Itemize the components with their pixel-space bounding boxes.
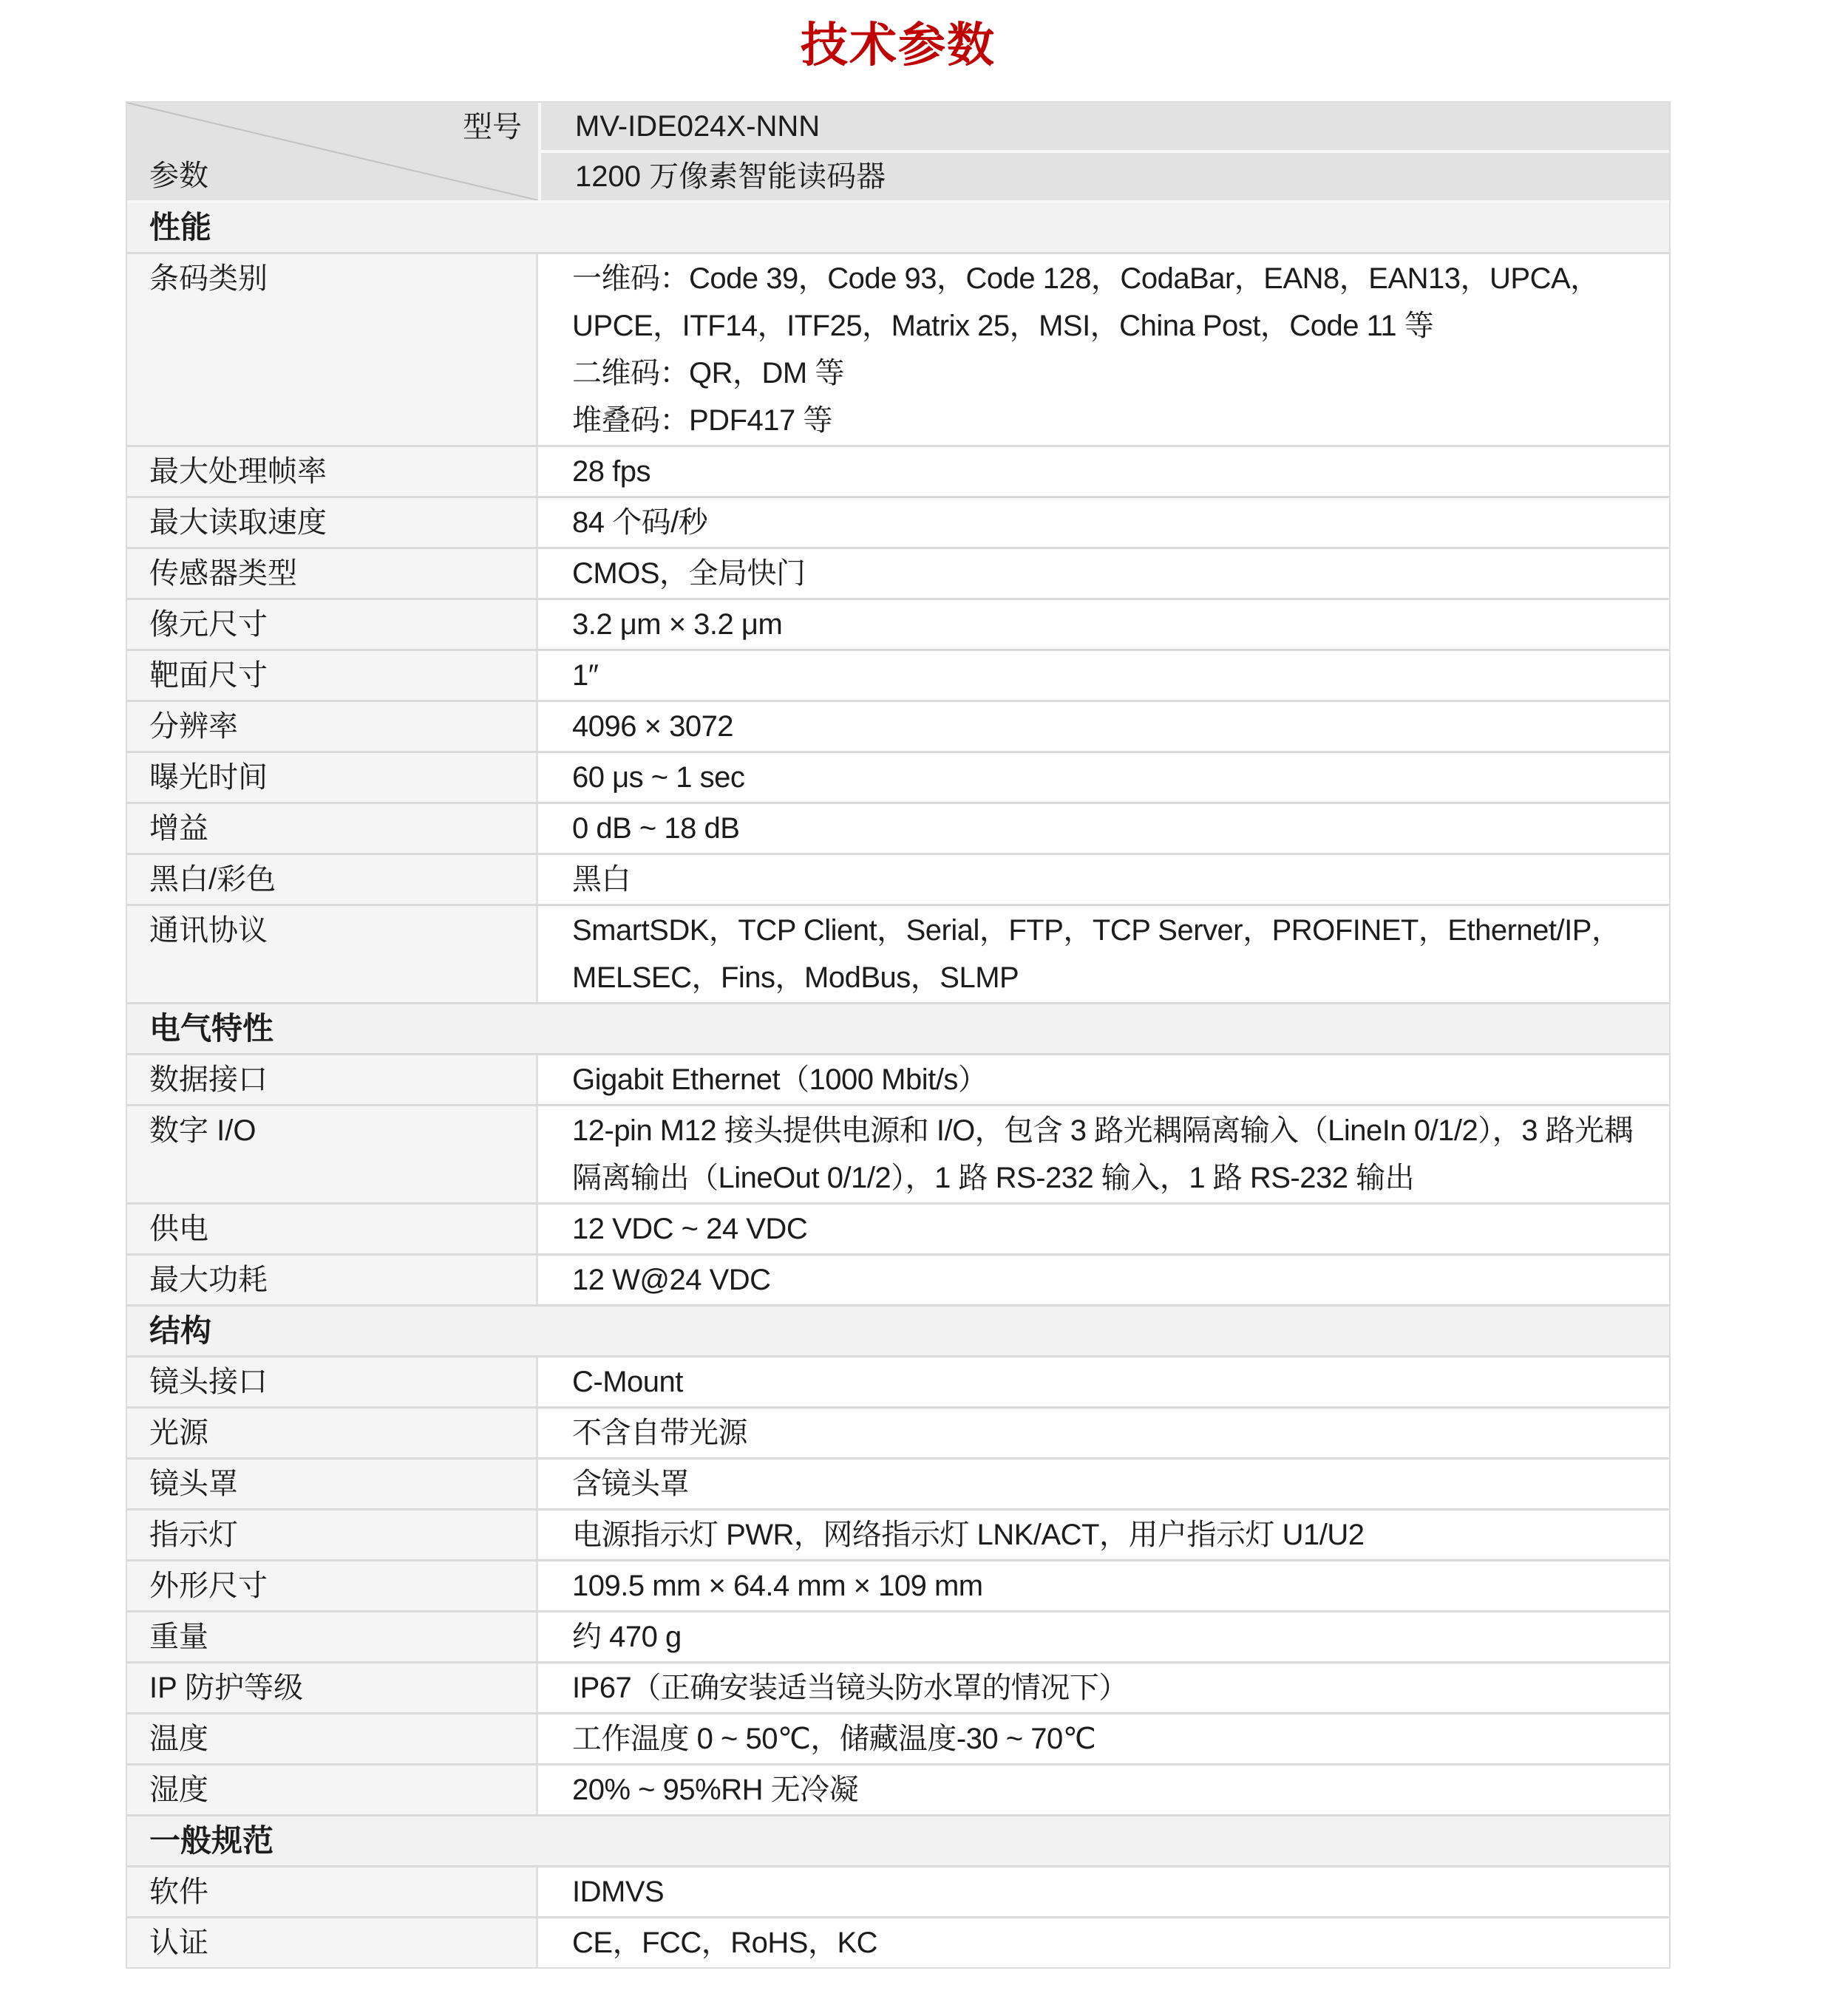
model-description: 1200 万像素智能读码器 — [541, 150, 1669, 200]
model-label: 型号 — [463, 103, 538, 151]
spec-row: 分辨率4096 × 3072 — [127, 702, 1669, 753]
section-row: 结构 — [127, 1307, 1669, 1358]
spec-row: 黑白/彩色黑白 — [127, 855, 1669, 906]
spec-value-cell: 3.2 μm × 3.2 μm — [538, 600, 1669, 649]
spec-label-cell: 供电 — [127, 1205, 538, 1253]
spec-row: 镜头罩含镜头罩 — [127, 1460, 1669, 1511]
spec-row: 传感器类型CMOS，全局快门 — [127, 549, 1669, 600]
spec-value-cell: 84 个码/秒 — [538, 498, 1669, 547]
spec-row: 数据接口Gigabit Ethernet（1000 Mbit/s） — [127, 1055, 1669, 1106]
spec-label-cell: 分辨率 — [127, 702, 538, 751]
spec-label-cell: 像元尺寸 — [127, 600, 538, 649]
spec-label-cell: 靶面尺寸 — [127, 651, 538, 700]
spec-label-cell: 湿度 — [127, 1765, 538, 1814]
spec-value-cell: Gigabit Ethernet（1000 Mbit/s） — [538, 1055, 1669, 1104]
spec-value-cell: 28 fps — [538, 447, 1669, 496]
spec-label-cell: 重量 — [127, 1613, 538, 1661]
spec-label-cell: 数字 I/O — [127, 1106, 538, 1202]
spec-value-cell: 20% ~ 95%RH 无冷凝 — [538, 1765, 1669, 1814]
spec-row: 条码类别一维码：Code 39，Code 93，Code 128，CodaBar… — [127, 254, 1669, 447]
spec-value-line: 二维码：QR，DM 等 — [572, 350, 1644, 397]
spec-row: 软件IDMVS — [127, 1867, 1669, 1918]
spec-value-cell: 60 μs ~ 1 sec — [538, 753, 1669, 802]
spec-label-cell: 条码类别 — [127, 254, 538, 445]
spec-row: IP 防护等级IP67（正确安装适当镜头防水罩的情况下） — [127, 1663, 1669, 1714]
spec-label-cell: 温度 — [127, 1714, 538, 1763]
spec-row: 温度工作温度 0 ~ 50℃，储藏温度-30 ~ 70℃ — [127, 1714, 1669, 1765]
spec-row: 湿度20% ~ 95%RH 无冷凝 — [127, 1765, 1669, 1816]
spec-table: 型号 参数 MV-IDE024X-NNN 1200 万像素智能读码器 性能条码类… — [126, 101, 1671, 1969]
spec-label-cell: 最大读取速度 — [127, 498, 538, 547]
table-rows: 性能条码类别一维码：Code 39，Code 93，Code 128，CodaB… — [127, 203, 1669, 1967]
header-corner-cell: 型号 参数 — [127, 103, 541, 200]
spec-label-cell: 黑白/彩色 — [127, 855, 538, 904]
spec-value-cell: 4096 × 3072 — [538, 702, 1669, 751]
spec-value-cell: 12-pin M12 接头提供电源和 I/O，包含 3 路光耦隔离输入（Line… — [538, 1106, 1669, 1202]
spec-row: 指示灯电源指示灯 PWR，网络指示灯 LNK/ACT，用户指示灯 U1/U2 — [127, 1511, 1669, 1562]
page-content: 技术参数 型号 参数 MV-IDE024X-NNN 1200 万像素智能读码器 … — [126, 18, 1671, 1969]
spec-label-cell: 传感器类型 — [127, 549, 538, 598]
spec-value-cell: 黑白 — [538, 855, 1669, 904]
spec-row: 像元尺寸3.2 μm × 3.2 μm — [127, 600, 1669, 651]
spec-value-cell: 12 W@24 VDC — [538, 1256, 1669, 1304]
spec-row: 增益0 dB ~ 18 dB — [127, 804, 1669, 855]
page-title: 技术参数 — [126, 18, 1671, 72]
spec-label-cell: IP 防护等级 — [127, 1663, 538, 1712]
spec-label-cell: 曝光时间 — [127, 753, 538, 802]
spec-label-cell: 认证 — [127, 1918, 538, 1967]
model-value: MV-IDE024X-NNN — [541, 103, 1669, 150]
spec-value-cell: IP67（正确安装适当镜头防水罩的情况下） — [538, 1663, 1669, 1712]
spec-label-cell: 软件 — [127, 1867, 538, 1916]
spec-row: 通讯协议SmartSDK，TCP Client，Serial，FTP，TCP S… — [127, 906, 1669, 1004]
spec-row: 靶面尺寸1″ — [127, 651, 1669, 702]
section-row: 电气特性 — [127, 1004, 1669, 1055]
spec-label-cell: 镜头接口 — [127, 1358, 538, 1406]
spec-label-cell: 最大处理帧率 — [127, 447, 538, 496]
spec-value-cell: IDMVS — [538, 1867, 1669, 1916]
spec-value-cell: 一维码：Code 39，Code 93，Code 128，CodaBar，EAN… — [538, 254, 1669, 445]
spec-label-cell: 指示灯 — [127, 1511, 538, 1559]
spec-value-cell: 1″ — [538, 651, 1669, 700]
spec-value-cell: CMOS，全局快门 — [538, 549, 1669, 598]
spec-row: 外形尺寸109.5 mm × 64.4 mm × 109 mm — [127, 1562, 1669, 1613]
spec-value-cell: 含镜头罩 — [538, 1460, 1669, 1508]
spec-row: 光源不含自带光源 — [127, 1409, 1669, 1460]
spec-label-cell: 镜头罩 — [127, 1460, 538, 1508]
spec-row: 最大读取速度84 个码/秒 — [127, 498, 1669, 549]
spec-label-cell: 外形尺寸 — [127, 1562, 538, 1610]
spec-label-cell: 光源 — [127, 1409, 538, 1457]
section-row: 一般规范 — [127, 1816, 1669, 1867]
spec-value-cell: 约 470 g — [538, 1613, 1669, 1661]
spec-label-cell: 数据接口 — [127, 1055, 538, 1104]
spec-row: 重量约 470 g — [127, 1613, 1669, 1663]
spec-row: 曝光时间60 μs ~ 1 sec — [127, 753, 1669, 804]
spec-value-line: 堆叠码：PDF417 等 — [572, 397, 1644, 444]
spec-label-cell: 通讯协议 — [127, 906, 538, 1002]
spec-label-cell: 增益 — [127, 804, 538, 853]
spec-value-cell: 12 VDC ~ 24 VDC — [538, 1205, 1669, 1253]
spec-value-cell: 109.5 mm × 64.4 mm × 109 mm — [538, 1562, 1669, 1610]
spec-row: 认证CE，FCC，RoHS，KC — [127, 1918, 1669, 1967]
spec-value-cell: 0 dB ~ 18 dB — [538, 804, 1669, 853]
spec-row: 镜头接口C-Mount — [127, 1358, 1669, 1409]
spec-value-cell: 工作温度 0 ~ 50℃，储藏温度-30 ~ 70℃ — [538, 1714, 1669, 1763]
spec-row: 最大处理帧率28 fps — [127, 447, 1669, 498]
header-values: MV-IDE024X-NNN 1200 万像素智能读码器 — [541, 103, 1669, 200]
spec-row: 数字 I/O12-pin M12 接头提供电源和 I/O，包含 3 路光耦隔离输… — [127, 1106, 1669, 1205]
spec-value-line: 一维码：Code 39，Code 93，Code 128，CodaBar，EAN… — [572, 255, 1644, 350]
spec-value-cell: 不含自带光源 — [538, 1409, 1669, 1457]
spec-row: 最大功耗12 W@24 VDC — [127, 1256, 1669, 1307]
spec-value-cell: CE，FCC，RoHS，KC — [538, 1918, 1669, 1967]
spec-value-cell: C-Mount — [538, 1358, 1669, 1406]
table-header: 型号 参数 MV-IDE024X-NNN 1200 万像素智能读码器 — [127, 103, 1669, 203]
spec-value-cell: SmartSDK，TCP Client，Serial，FTP，TCP Serve… — [538, 906, 1669, 1002]
spec-value-cell: 电源指示灯 PWR，网络指示灯 LNK/ACT，用户指示灯 U1/U2 — [538, 1511, 1669, 1559]
spec-row: 供电12 VDC ~ 24 VDC — [127, 1205, 1669, 1256]
section-row: 性能 — [127, 203, 1669, 254]
spec-label-cell: 最大功耗 — [127, 1256, 538, 1304]
param-label: 参数 — [127, 151, 208, 200]
